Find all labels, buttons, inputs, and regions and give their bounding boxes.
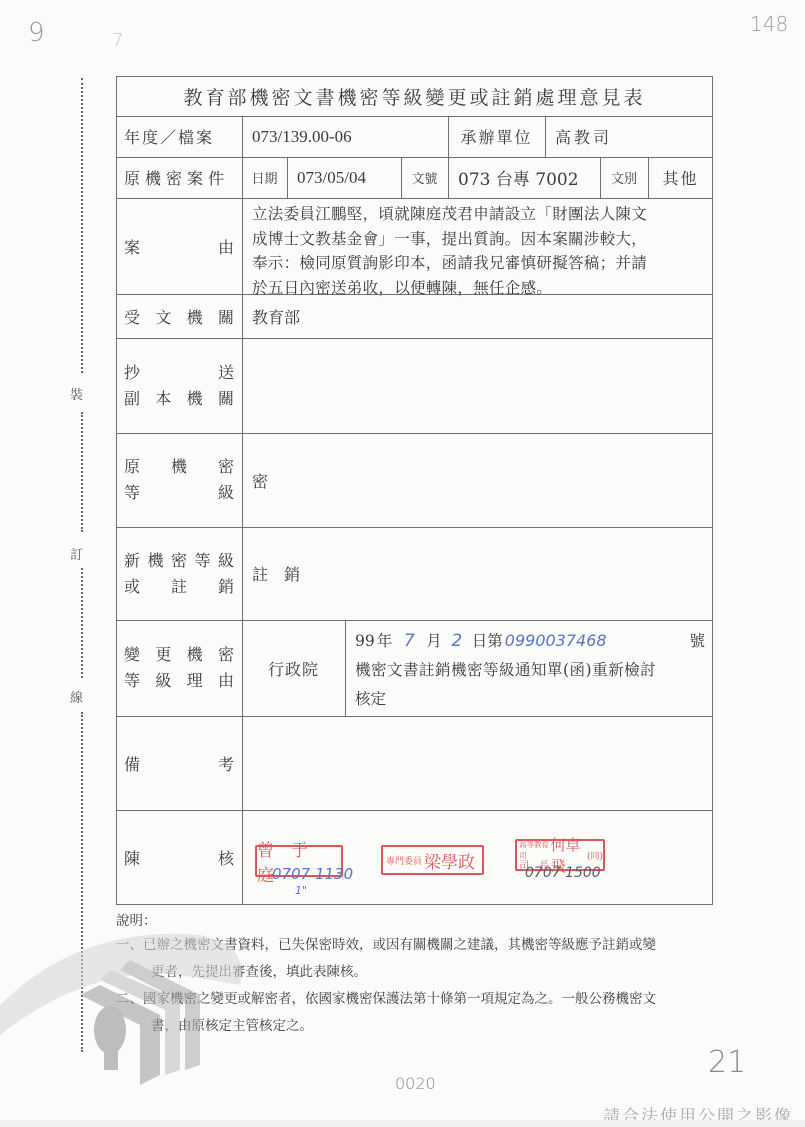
- handwritten-date-time: 0707 1130: [272, 865, 353, 883]
- form-title: 教育部機密文書機密等級變更或註銷處理意見表: [116, 76, 713, 116]
- subject-label-char: 由: [218, 235, 234, 258]
- new-level-value: 註 銷: [242, 527, 713, 620]
- binding-dotted-line: [81, 412, 83, 532]
- label-char: 機: [147, 548, 163, 574]
- number-suffix: 號: [689, 627, 705, 656]
- remarks-label: 備 考: [116, 716, 242, 810]
- handwritten-mark-7: 7: [112, 30, 123, 51]
- remarks-value: [242, 716, 713, 810]
- date-label: 日期: [242, 157, 287, 198]
- label-char: 關: [218, 386, 234, 412]
- subject-line: 立法委員江鵬堅，頃就陳庭茂君申請設立「財團法人陳文: [252, 202, 647, 227]
- label-char: 級: [155, 668, 171, 694]
- cc-label: 抄送 副本機關: [116, 338, 242, 433]
- original-level-value: 密: [242, 433, 713, 527]
- label-char: 級: [218, 480, 234, 506]
- cc-value: [242, 338, 713, 433]
- handwritten-page-number: 148: [750, 12, 788, 36]
- doc-number-value: 073 台專 7002: [448, 157, 600, 198]
- recipient-value: 教育部: [242, 294, 713, 338]
- handwritten-doc-number: 0990037468: [505, 626, 690, 655]
- label-char: 更: [155, 642, 171, 668]
- doc-type-value: 其他: [648, 157, 713, 198]
- label-char: 密: [218, 454, 234, 480]
- stamp-specialist: 專門委員 梁學政: [381, 845, 484, 875]
- label-char: 或: [124, 574, 140, 600]
- handwritten-date-time: 0707 1500: [525, 865, 601, 881]
- handling-unit-label: 承辦單位: [448, 116, 545, 157]
- binding-label-zhuang: 裝: [70, 384, 83, 403]
- new-level-label: 新機密等級 或註銷: [116, 527, 242, 620]
- handwritten-page-21: 21: [708, 1045, 746, 1080]
- handwritten-mark-9: 9: [28, 18, 45, 48]
- original-level-label: 原機密 等級: [116, 433, 242, 527]
- label-char: 備: [124, 752, 140, 775]
- original-case-label: 原機密案件: [116, 157, 242, 198]
- label-char: 等: [124, 668, 140, 694]
- subject-line: 奉示：檢同原質詢影印本，函請我兄審慎研擬答稿；并請: [252, 251, 647, 276]
- subject-line: 成博士文教基金會」一事，提出質詢。因本案關涉較大，: [252, 227, 647, 252]
- stamp-suffix: (同): [587, 849, 603, 862]
- label-char: 密: [218, 642, 234, 668]
- handwritten-day: 2: [442, 627, 472, 656]
- change-reason-line1: 99 年 7 月 2 日第 0990037468 號: [355, 626, 705, 656]
- label-char: 註: [171, 574, 187, 600]
- label-char: 變: [124, 642, 140, 668]
- label-char: 原: [124, 454, 140, 480]
- label-char: 機: [187, 305, 203, 328]
- day-suffix: 日第: [472, 627, 503, 656]
- label-char: 核: [218, 846, 234, 869]
- label-char: 理: [187, 668, 203, 694]
- handwritten-month: 7: [392, 627, 426, 656]
- subject-label-char: 案: [124, 235, 140, 258]
- binding-label-ding: 訂: [70, 544, 83, 563]
- label-char: 受: [124, 305, 140, 328]
- label-char: 抄: [124, 360, 140, 386]
- binding-dotted-line: [81, 568, 83, 678]
- label-char: 本: [155, 386, 171, 412]
- year-value: 99: [355, 627, 375, 656]
- binding-dotted-line: [81, 78, 83, 373]
- recipient-label: 受 文 機 關: [116, 294, 242, 338]
- label-char: 新: [124, 548, 140, 574]
- label-char: 送: [218, 360, 234, 386]
- handling-unit-value: 高教司: [545, 116, 713, 157]
- handwritten-sheet-code: 0020: [395, 1074, 436, 1093]
- subject-label: 案 由: [116, 198, 242, 294]
- label-char: 陳: [124, 846, 140, 869]
- change-reason-line2: 機密文書註銷機密等級通知單(函)重新檢討: [355, 656, 705, 685]
- stamp-name: 梁學政: [424, 848, 475, 873]
- year-file-value: 073/139.00-06: [242, 116, 448, 157]
- stamp-title: 高等教育司: [519, 839, 549, 861]
- archive-logo-icon: [0, 925, 260, 1085]
- label-char: 機: [187, 386, 203, 412]
- change-reason-label: 變更機密 等級理由: [116, 620, 242, 716]
- handwritten-initial: 1": [295, 884, 307, 897]
- label-char: 等: [124, 480, 140, 506]
- year-file-label: 年度／檔案: [116, 116, 242, 157]
- year-suffix: 年: [377, 627, 393, 656]
- label-char: 機: [187, 642, 203, 668]
- label-char: 文: [155, 305, 171, 328]
- label-char: 級: [218, 548, 234, 574]
- month-suffix: 月: [426, 627, 442, 656]
- stamp-title: 專門委員: [386, 854, 422, 867]
- date-value: 073/05/04: [287, 157, 401, 198]
- label-char: 銷: [218, 574, 234, 600]
- doc-number-label: 文號: [401, 157, 448, 198]
- change-reason-agency: 行政院: [242, 620, 345, 716]
- label-char: 副: [124, 386, 140, 412]
- binding-label-xian: 線: [70, 687, 83, 706]
- review-label: 陳 核: [116, 810, 242, 905]
- label-char: 考: [218, 752, 234, 775]
- label-char: 等: [194, 548, 210, 574]
- label-char: 密: [171, 548, 187, 574]
- doc-type-label: 文別: [600, 157, 648, 198]
- page-edge: [0, 1120, 805, 1127]
- change-reason-line3: 核定: [355, 685, 705, 714]
- change-reason-text: 99 年 7 月 2 日第 0990037468 號 機密文書註銷機密等級通知單…: [345, 620, 713, 716]
- label-char: 關: [218, 305, 234, 328]
- subject-text: 立法委員江鵬堅，頃就陳庭茂君申請設立「財團法人陳文 成博士文教基金會」一事，提出…: [242, 198, 713, 294]
- label-char: 機: [171, 454, 187, 480]
- label-char: 由: [218, 668, 234, 694]
